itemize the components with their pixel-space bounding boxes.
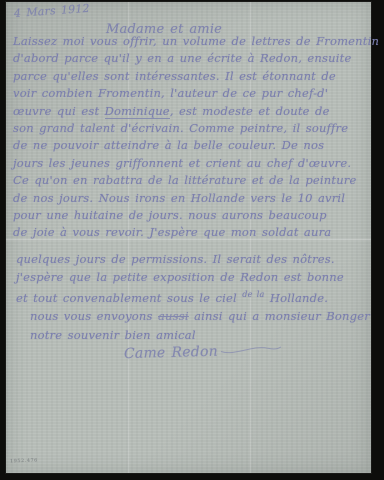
signature-line: Came Redon [124,342,282,362]
letter-line: d'abord parce qu'il y en a une écrite à … [13,50,379,67]
photo-backdrop: 4 Mars 1912 Madame et amie Laissez moi v… [0,0,384,480]
inventory-inscription: 1952.476 [10,458,38,465]
letter-line: Ce qu'on en rabattra de la littérature e… [13,172,379,189]
letter-line: de nos jours. Nous irons en Hollande ver… [13,190,379,207]
letter-line: œuvre qui est Dominique, est modeste et … [13,103,379,120]
inserted-word-above-line: de la [242,290,264,299]
letter-line: voir combien Fromentin, l'auteur de ce p… [13,85,379,102]
letter-body-paragraph-1: Laissez moi vous offrir, un volume de le… [13,33,379,242]
letter-line-segment: , est modeste et doute de [170,104,330,118]
letter-line: de ne pouvoir atteindre à la belle coule… [13,137,379,154]
letter-line: nous vous envoyons aussi ainsi qui a mon… [30,307,370,326]
letter-line: quelques jours de permissions. Il serait… [16,250,344,268]
letter-line: Laissez moi vous offrir, un volume de le… [13,33,379,50]
letter-line-segment: œuvre qui est [13,104,105,118]
letter-line-segment: ainsi qui a monsieur Bonger [189,309,370,323]
letter-line: son grand talent d'écrivain. Comme peint… [13,120,379,137]
signature-text: Came Redon [124,344,218,362]
letter-line: j'espère que la petite exposition de Red… [16,268,344,286]
letter-line-segment: et tout convenablement sous le ciel [16,291,242,305]
letter-line: et tout convenablement sous le ciel de l… [16,286,344,304]
letter-line-segment: Hollande. [265,291,329,305]
letter-body-paragraph-3: nous vous envoyons aussi ainsi qui a mon… [30,307,370,344]
letter-paper: 4 Mars 1912 Madame et amie Laissez moi v… [6,2,371,473]
letter-line: parce qu'elles sont intéressantes. Il es… [13,68,379,85]
letter-body-paragraph-2: quelques jours de permissions. Il serait… [16,250,344,305]
letter-line: pour une huitaine de jours. nous aurons … [13,207,379,224]
letter-line-segment: nous vous envoyons [30,309,158,323]
letter-date: 4 Mars 1912 [14,2,91,20]
underlined-book-title: Dominique [105,104,170,119]
letter-line: de joie à vous revoir. J'espère que mon … [13,224,379,241]
letter-line: notre souvenir bien amical [30,326,370,345]
signature-flourish [220,343,282,357]
letter-line: jours les jeunes griffonnent et crient a… [13,155,379,172]
crossed-out-word: aussi [158,309,189,323]
